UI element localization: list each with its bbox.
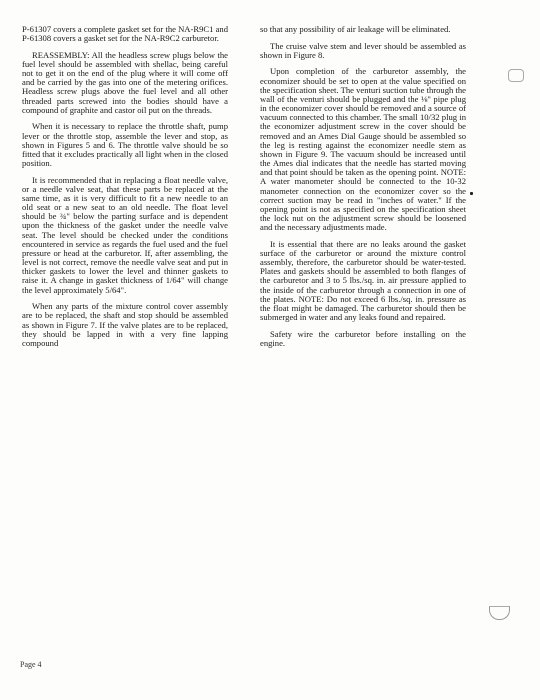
- paragraph-economizer: Upon completion of the carburetor assemb…: [260, 67, 466, 232]
- paragraph-air-leakage: so that any possibility of air leakage w…: [260, 25, 466, 34]
- punch-hole-mark: [508, 69, 524, 82]
- paragraph-mixture-control: When any parts of the mixture control co…: [22, 302, 228, 348]
- paragraph-float-needle-valve: It is recommended that in replacing a fl…: [22, 176, 228, 295]
- page-number: Page 4: [20, 660, 42, 669]
- punch-hole-mark: [489, 606, 510, 620]
- ink-speck: [470, 192, 473, 195]
- paragraph-throttle-shaft: When it is necessary to replace the thro…: [22, 122, 228, 168]
- paragraph-reassembly: REASSEMBLY: All the headless screw plugs…: [22, 51, 228, 115]
- left-column: P-61307 covers a complete gasket set for…: [22, 25, 228, 356]
- paragraph-gasket-sets: P-61307 covers a complete gasket set for…: [22, 25, 228, 43]
- paragraph-cruise-valve: The cruise valve stem and lever should b…: [260, 42, 466, 60]
- document-page: P-61307 covers a complete gasket set for…: [0, 0, 540, 700]
- paragraph-safety-wire: Safety wire the carburetor before instal…: [260, 330, 466, 348]
- paragraph-water-test: It is essential that there are no leaks …: [260, 240, 466, 322]
- right-column: so that any possibility of air leakage w…: [260, 25, 466, 356]
